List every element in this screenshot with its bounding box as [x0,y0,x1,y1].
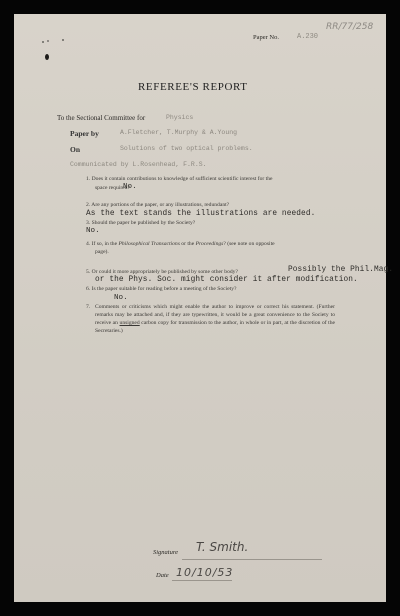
question-6: 6. Is the paper suitable for reading bef… [86,286,237,292]
paper-by-label: Paper by [70,129,99,138]
question-2: 2. Are any portions of the paper, or any… [86,202,229,208]
reference-mark: RR/77/258 [326,22,373,32]
question-text: Are any portions of the paper, or any il… [91,202,229,208]
ink-mark [42,41,44,43]
committee-label: To the Sectional Committee for [57,114,145,122]
page-title: REFEREE'S REPORT [138,81,248,93]
signature-value: T. Smith. [196,540,248,554]
question-text: Does it contain contributions to knowled… [92,176,273,182]
ink-mark [47,40,49,42]
answer-2: As the text stands the illustrations are… [86,210,315,218]
journal-phil-trans: Philosophical Transactions [119,241,180,247]
question-4-line2: page). [95,249,109,255]
question-number: 6. [86,286,90,292]
question-3: 3. Should the paper be published by the … [86,220,195,226]
question-7-number: 7. [86,304,90,310]
date-value: 10/10/53 [176,566,233,579]
referee-report-page: RR/77/258 Paper No. A.230 REFEREE'S REPO… [14,14,386,602]
paper-no-value: A.230 [297,33,318,41]
answer-3: No. [86,227,100,235]
question-number: 3. [86,220,90,226]
on-label: On [70,145,80,154]
answer-1: No. [123,183,137,191]
date-line [172,580,232,581]
question-number: 2. [86,202,90,208]
question-number: 1. [86,176,90,182]
paper-by-value: A.Fletcher, T.Murphy & A.Young [120,129,237,136]
date-label: Date [156,572,169,579]
question-4: 4. If so, in the Philosophical Transacti… [86,241,275,247]
question-7-text: Comments or criticisms which might enabl… [95,303,335,335]
question-text: Or could it more appropriately be publis… [92,269,238,275]
answer-6: No. [114,294,128,302]
question-5: 5. Or could it more appropriately be pub… [86,269,238,275]
journal-proceedings: Proceedings [196,241,224,247]
ink-mark [45,54,49,60]
answer-5-line1: Possibly the Phil.Mag. [288,266,393,274]
signature-label: Signature [153,549,178,556]
question-text: Is the paper suitable for reading before… [92,286,237,292]
paper-no-label: Paper No. [253,34,279,41]
signature-line [182,559,322,560]
answer-5-line2: or the Phys. Soc. might consider it afte… [95,276,358,284]
question-number: 4. [86,241,90,247]
question-number: 5. [86,269,90,275]
communicated-by: Communicated by L.Rosenhead, F.R.S. [70,161,207,168]
question-1: 1. Does it contain contributions to know… [86,176,272,182]
question-text: Should the paper be published by the Soc… [92,220,196,226]
committee-value: Physics [166,114,193,121]
on-value: Solutions of two optical problems. [120,145,253,152]
ink-mark [62,39,64,41]
unsigned-emphasis: unsigned [120,320,140,326]
